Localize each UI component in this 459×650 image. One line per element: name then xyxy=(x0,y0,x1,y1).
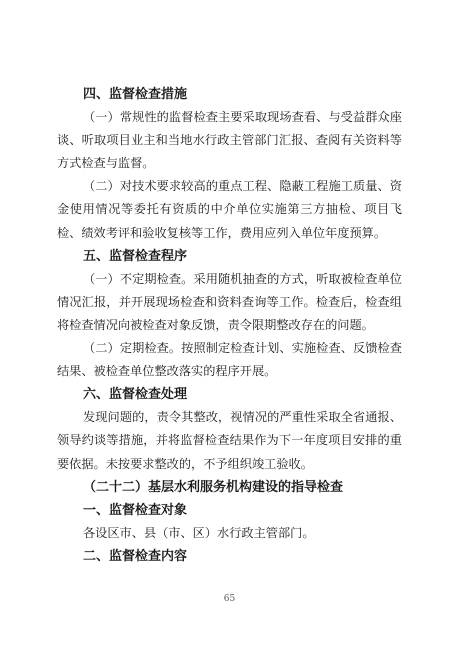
body-line: 发现问题的，责令其整改，视情况的严重性采取全省通报、 xyxy=(57,406,402,429)
body-line: （二）定期检查。按照制定检查计划、实施检查、反馈检查 xyxy=(57,337,402,360)
heading-line: 六、监督检查处理 xyxy=(57,383,402,406)
heading-line: 四、监督检查措施 xyxy=(57,83,402,106)
body-line: 检、绩效考评和验收复核等工作，费用应列入单位年度预算。 xyxy=(57,222,402,245)
body-line: 金使用情况等委托有资质的中介单位实施第三方抽检、项目飞 xyxy=(57,198,402,221)
body-line: （二）对技术要求较高的重点工程、隐蔽工程施工质量、资 xyxy=(57,175,402,198)
body-line: 要依据。未按要求整改的，不予组织竣工验收。 xyxy=(57,453,402,476)
document-text: 四、监督检查措施（一）常规性的监督检查主要采取现场查看、与受益群众座谈、听取项目… xyxy=(57,83,402,568)
page-number: 65 xyxy=(0,594,459,604)
body-line: 谈、听取项目业主和当地水行政主管部门汇报、查阅有关资料等 xyxy=(57,129,402,152)
body-line: 结果、被检查单位整改落实的程序开展。 xyxy=(57,360,402,383)
body-line: 将检查情况向被检查对象反馈，责令限期整改存在的问题。 xyxy=(57,314,402,337)
heading-line: 二、监督检查内容 xyxy=(57,545,402,568)
heading-line: （二十二）基层水利服务机构建设的指导检查 xyxy=(57,476,402,499)
body-line: （一）常规性的监督检查主要采取现场查看、与受益群众座 xyxy=(57,106,402,129)
body-line: 方式检查与监督。 xyxy=(57,152,402,175)
body-line: 各设区市、县（市、区）水行政主管部门。 xyxy=(57,522,402,545)
heading-line: 一、监督检查对象 xyxy=(57,499,402,522)
document-page: 四、监督检查措施（一）常规性的监督检查主要采取现场查看、与受益群众座谈、听取项目… xyxy=(0,0,459,650)
body-line: 领导约谈等措施，并将监督检查结果作为下一年度项目安排的重 xyxy=(57,429,402,452)
heading-line: 五、监督检查程序 xyxy=(57,245,402,268)
body-line: （一）不定期检查。采用随机抽查的方式，听取被检查单位 xyxy=(57,268,402,291)
body-line: 情况汇报，并开展现场检查和资料查询等工作。检查后，检查组 xyxy=(57,291,402,314)
